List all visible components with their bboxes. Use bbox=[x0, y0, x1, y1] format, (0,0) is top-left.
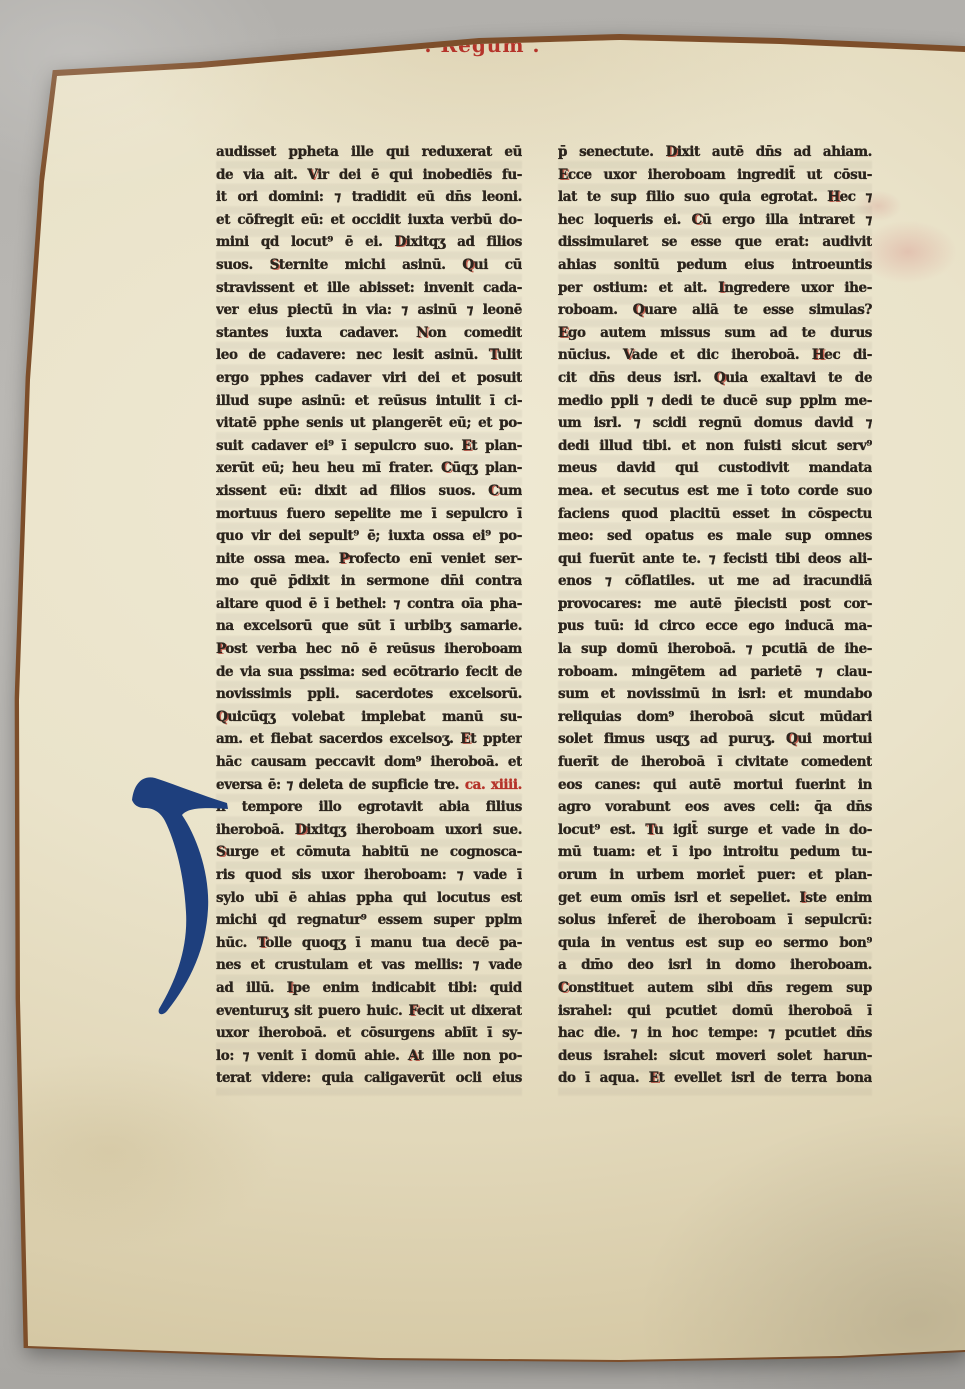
line-segment: quo vir dei sepult⁹ ē; iuxta ossa ei⁹ po… bbox=[216, 528, 522, 544]
text-line: get eum omīs isrl et sepeliet. Iste enim bbox=[558, 887, 872, 910]
text-line: suit cadaver ei⁹ ī sepulcro suo. Et plan… bbox=[216, 435, 522, 458]
text-line: cit dn̄s deus isrl. Quia exaltavi te de bbox=[558, 367, 872, 390]
versal-capital: Q bbox=[714, 370, 725, 386]
line-segment: am. et fiebat sacerdos excelsoʒ. Et ppte… bbox=[216, 731, 522, 747]
text-line: meus david qui custodivit mandata bbox=[558, 457, 872, 480]
line-segment: hec loqueris ei. Cū ergo illa intraret ⁊ bbox=[558, 212, 872, 228]
versal-capital: Q bbox=[633, 302, 644, 318]
line-segment: Constituet autem sibi dn̄s regem sup bbox=[558, 980, 872, 996]
line-segment: qui fuerūt ante te. ⁊ fecisti tibi deos … bbox=[558, 551, 872, 567]
text-line: eversa ē: ⁊ deleta de supficie tre. ca. … bbox=[216, 774, 522, 797]
line-segment: orum in urbem moriet̄ puer: et plan- bbox=[558, 867, 872, 883]
text-line: iheroboā. Dixitqʒ iheroboam uxori sue. bbox=[216, 819, 522, 842]
line-segment: na excelsorū que sūt ī urbibʒ samarie. bbox=[216, 618, 522, 634]
line-segment: altare quod ē ī bethel: ⁊ contra oīa pha… bbox=[216, 596, 522, 612]
versal-capital: I bbox=[287, 980, 293, 996]
line-segment: meus david qui custodivit mandata bbox=[558, 460, 872, 476]
line-segment: Post verba hec nō ē reūsus iheroboam bbox=[216, 641, 522, 657]
versal-capital: V bbox=[307, 167, 317, 183]
line-segment: per ostium: et ait. Ingredere uxor ihe- bbox=[558, 280, 872, 296]
text-line: Quicūqʒ volebat implebat manū su- bbox=[216, 706, 522, 729]
text-line: reliquias dom⁹ iheroboā sicut mūdari bbox=[558, 706, 872, 729]
line-segment: suit cadaver ei⁹ ī sepulcro suo. Et plan… bbox=[216, 438, 522, 454]
text-line: roboam. mingētem ad parietē ⁊ clau- bbox=[558, 661, 872, 684]
text-column-right: p̄ senectute. Dixit autē dn̄s ad ahiam.E… bbox=[558, 141, 872, 1090]
text-line: sylo ubī ē ahias ppha qui locutus est bbox=[216, 887, 522, 910]
text-line: israhel: qui pcutiet domū iheroboā ī bbox=[558, 1000, 872, 1023]
line-segment: n tempore illo egrotavit abia filius bbox=[216, 799, 522, 815]
line-segment: p̄ senectute. Dixit autē dn̄s ad ahiam. bbox=[558, 144, 872, 160]
line-segment: hac die. ⁊ in hoc tempe: ⁊ pcutiet dn̄s bbox=[558, 1025, 872, 1041]
text-line: um isrl. ⁊ scidi regnū domus david ⁊ bbox=[558, 412, 872, 435]
text-line: ver eius piectū in via: ⁊ asinū ⁊ leonē bbox=[216, 299, 522, 322]
line-segment: israhel: qui pcutiet domū iheroboā ī bbox=[558, 1003, 872, 1019]
text-line: nūcius. Vade et dic iheroboā. Hec di- bbox=[558, 344, 872, 367]
line-segment: solus inferet̄ de iheroboam ī sepulcrū: bbox=[558, 912, 872, 928]
text-line: Ego autem missus sum ad te durus bbox=[558, 322, 872, 345]
line-segment: ahias sonitū pedum eius introeuntis bbox=[558, 257, 872, 273]
line-segment: um isrl. ⁊ scidi regnū domus david ⁊ bbox=[558, 415, 872, 431]
line-segment: xissent eū: dixit ad filios suos. Cum bbox=[216, 483, 522, 499]
line-segment: de via sua pssima: sed ecōtrario fecit d… bbox=[216, 664, 522, 680]
versal-capital: S bbox=[270, 257, 279, 273]
line-segment: mū tuam: et ī ipo introitu pedum tu- bbox=[558, 844, 872, 860]
line-segment: suos. Sternite michi asinū. Qui cū bbox=[216, 257, 522, 273]
text-line: mea. et secutus est me ī toto corde suo bbox=[558, 480, 872, 503]
line-segment: lo: ⁊ venit ī domū ahie. At ille non po- bbox=[216, 1048, 522, 1064]
line-segment: roboam. Quare aliā te esse simulas? bbox=[558, 302, 872, 318]
versal-capital: Q bbox=[786, 731, 797, 747]
line-segment: audisset ppheta ille qui reduxerat eū bbox=[216, 144, 522, 160]
text-line: terat videre: quia caligaverūt ocli eius bbox=[216, 1067, 522, 1090]
text-line: a dm̄o deo isrl in domo iheroboam. bbox=[558, 954, 872, 977]
versal-capital: A bbox=[408, 1048, 418, 1064]
versal-capital: D bbox=[295, 822, 306, 838]
line-segment: provocares: me autē p̄iecisti post cor- bbox=[558, 596, 872, 612]
text-line: illud supe asinū: et reūsus intulit ī ci… bbox=[216, 390, 522, 413]
line-segment: enos ⁊ cōflatiles. ut me ad iracundiā bbox=[558, 573, 872, 589]
line-segment: Quicūqʒ volebat implebat manū su- bbox=[216, 709, 522, 725]
line-segment: novissimis ppli. sacerdotes excelsorū. bbox=[216, 686, 522, 702]
versal-capital: E bbox=[461, 438, 471, 454]
versal-capital: V bbox=[623, 347, 632, 363]
line-segment: it ori domini: ⁊ tradidit eū dn̄s leoni. bbox=[216, 189, 522, 205]
text-line: hāc causam peccavit dom⁹ iheroboā. et bbox=[216, 751, 522, 774]
line-segment: ad illū. Ipe enim indicabit tibi: quid bbox=[216, 980, 522, 996]
line-segment: sum et novissimū in isrl: et mundabo bbox=[558, 686, 872, 702]
line-segment: dissimularet se esse que erat: audivit bbox=[558, 234, 872, 250]
text-line: nes et crustulam et vas mellis: ⁊ vade bbox=[216, 954, 522, 977]
line-segment: Ecce uxor iheroboam ingredit̄ ut cōsu- bbox=[558, 167, 872, 183]
text-line: do ī aqua. Et evellet isrl de terra bona bbox=[558, 1067, 872, 1090]
versal-capital: E bbox=[460, 731, 470, 747]
line-segment: et cōfregit eū: et occidit iuxta verbū d… bbox=[216, 212, 522, 228]
text-line: altare quod ē ī bethel: ⁊ contra oīa pha… bbox=[216, 593, 522, 616]
line-segment: de via ait. Vir dei ē qui inobediēs fu- bbox=[216, 167, 522, 183]
line-segment: mini qd locut⁹ ē ei. Dixitqʒ ad filios bbox=[216, 234, 522, 250]
versal-capital: Q bbox=[462, 257, 473, 273]
line-segment: get eum omīs isrl et sepeliet. Iste enim bbox=[558, 890, 872, 906]
text-line: mini qd locut⁹ ē ei. Dixitqʒ ad filios bbox=[216, 231, 522, 254]
text-line: fuerīt de iheroboā ī civitate comedent bbox=[558, 751, 872, 774]
line-segment: deus israhel: sicut moveri solet harun- bbox=[558, 1048, 872, 1064]
line-segment: cit dn̄s deus isrl. Quia exaltavi te de bbox=[558, 370, 872, 386]
line-segment: locut⁹ est. Tu igit̄ surge et vade in do… bbox=[558, 822, 872, 838]
line-segment: nes et crustulam et vas mellis: ⁊ vade bbox=[216, 957, 522, 973]
text-line: solus inferet̄ de iheroboam ī sepulcrū: bbox=[558, 909, 872, 932]
line-segment: leo de cadavere: nec lesit asinū. Tulit bbox=[216, 347, 522, 363]
text-line: meo: sed opatus es male sup omnes bbox=[558, 525, 872, 548]
line-segment: quia in ventus est sup eo sermo bon⁹ bbox=[558, 935, 872, 951]
text-line: enos ⁊ cōflatiles. ut me ad iracundiā bbox=[558, 570, 872, 593]
versal-capital: T bbox=[257, 935, 265, 951]
versal-capital: Q bbox=[216, 709, 227, 725]
text-line: quia in ventus est sup eo sermo bon⁹ bbox=[558, 932, 872, 955]
text-line: de via sua pssima: sed ecōtrario fecit d… bbox=[216, 661, 522, 684]
versal-capital: T bbox=[489, 347, 497, 363]
versal-capital: E bbox=[558, 325, 568, 341]
text-line: mo quē p̄dixit in sermone dn̄i contra bbox=[216, 570, 522, 593]
line-segment: solet fimus usqʒ ad puruʒ. Qui mortui bbox=[558, 731, 872, 747]
line-segment: meo: sed opatus es male sup omnes bbox=[558, 528, 872, 544]
text-line: orum in urbem moriet̄ puer: et plan- bbox=[558, 864, 872, 887]
text-line: la sup domū iheroboā. ⁊ pcutiā de ihe- bbox=[558, 638, 872, 661]
line-segment: ris quod sis uxor iheroboam: ⁊ vade ī bbox=[216, 867, 522, 883]
illuminated-initial-I bbox=[127, 769, 234, 1017]
line-segment: la sup domū iheroboā. ⁊ pcutiā de ihe- bbox=[558, 641, 872, 657]
text-line: provocares: me autē p̄iecisti post cor- bbox=[558, 593, 872, 616]
text-line: quo vir dei sepult⁹ ē; iuxta ossa ei⁹ po… bbox=[216, 525, 522, 548]
versal-capital: N bbox=[416, 325, 428, 341]
chapter-rubric: ca. xiiii. bbox=[465, 777, 522, 793]
text-line: suos. Sternite michi asinū. Qui cū bbox=[216, 254, 522, 277]
line-segment: eos canes: qui autē mortui fuerint in bbox=[558, 777, 872, 793]
line-segment: Surge et cōmuta habitū ne cognosca- bbox=[216, 844, 522, 860]
line-segment: stravissent et ille abisset: invenit cad… bbox=[216, 280, 522, 296]
versal-capital: P bbox=[216, 641, 225, 657]
text-line: dedi illud tibi. et non fuisti sicut ser… bbox=[558, 435, 872, 458]
line-segment: pus tuū: id circo ecce ego inducā ma- bbox=[558, 618, 872, 634]
text-line: de via ait. Vir dei ē qui inobediēs fu- bbox=[216, 164, 522, 187]
text-line: per ostium: et ait. Ingredere uxor ihe- bbox=[558, 277, 872, 300]
photo-backdrop: . Regum . audisset ppheta ille qui redux… bbox=[0, 0, 965, 1389]
text-line: hūc. Tolle quoqʒ ī manu tua decē pa- bbox=[216, 932, 522, 955]
text-line: xerūt eū; heu heu mī frater. Cūqʒ plan- bbox=[216, 457, 522, 480]
line-segment: nūcius. Vade et dic iheroboā. Hec di- bbox=[558, 347, 872, 363]
text-line: agro vorabunt eos aves celi: q̄a dn̄s bbox=[558, 796, 872, 819]
text-line: am. et fiebat sacerdos excelsoʒ. Et ppte… bbox=[216, 728, 522, 751]
line-segment: terat videre: quia caligaverūt ocli eius bbox=[216, 1070, 522, 1086]
text-line: deus israhel: sicut moveri solet harun- bbox=[558, 1045, 872, 1068]
line-segment: Ego autem missus sum ad te durus bbox=[558, 325, 872, 341]
line-segment: uxor iheroboā. et cōsurgens abiīt ī sy- bbox=[216, 1025, 522, 1041]
line-segment: illud supe asinū: et reūsus intulit ī ci… bbox=[216, 393, 522, 409]
line-segment: agro vorabunt eos aves celi: q̄a dn̄s bbox=[558, 799, 872, 815]
text-line: novissimis ppli. sacerdotes excelsorū. bbox=[216, 683, 522, 706]
line-segment: fuerīt de iheroboā ī civitate comedent bbox=[558, 754, 872, 770]
line-segment: a dm̄o deo isrl in domo iheroboam. bbox=[558, 957, 872, 973]
versal-capital: C bbox=[488, 483, 498, 499]
text-line: audisset ppheta ille qui reduxerat eū bbox=[216, 141, 522, 164]
text-line: stantes iuxta cadaver. Non comedit bbox=[216, 322, 522, 345]
versal-capital: I bbox=[718, 280, 724, 296]
text-line: mū tuam: et ī ipo introitu pedum tu- bbox=[558, 841, 872, 864]
line-segment: hāc causam peccavit dom⁹ iheroboā. et bbox=[216, 754, 522, 770]
versal-capital: I bbox=[799, 890, 805, 906]
versal-capital: C bbox=[692, 212, 702, 228]
versal-capital: E bbox=[649, 1070, 659, 1086]
text-line: lat te sup filio suo quia egrotat. Hec ⁊ bbox=[558, 186, 872, 209]
line-segment: xerūt eū; heu heu mī frater. Cūqʒ plan- bbox=[216, 460, 522, 476]
line-segment: roboam. mingētem ad parietē ⁊ clau- bbox=[558, 664, 872, 680]
text-line: ergo pphes cadaver viri dei et posuit bbox=[216, 367, 522, 390]
text-line: ad illū. Ipe enim indicabit tibi: quid bbox=[216, 977, 522, 1000]
text-line: ris quod sis uxor iheroboam: ⁊ vade ī bbox=[216, 864, 522, 887]
line-segment: reliquias dom⁹ iheroboā sicut mūdari bbox=[558, 709, 872, 725]
versal-capital: C bbox=[441, 460, 451, 476]
line-segment: michi qd regnatur⁹ essem super pplm bbox=[216, 912, 522, 928]
text-column-left: audisset ppheta ille qui reduxerat eūde … bbox=[216, 141, 522, 1090]
line-segment: do ī aqua. Et evellet isrl de terra bona bbox=[558, 1070, 872, 1086]
text-line: et cōfregit eū: et occidit iuxta verbū d… bbox=[216, 209, 522, 232]
text-line: sum et novissimū in isrl: et mundabo bbox=[558, 683, 872, 706]
text-line: leo de cadavere: nec lesit asinū. Tulit bbox=[216, 344, 522, 367]
versal-capital: E bbox=[558, 167, 568, 183]
text-line: Post verba hec nō ē reūsus iheroboam bbox=[216, 638, 522, 661]
line-segment: iheroboā. Dixitqʒ iheroboam uxori sue. bbox=[216, 822, 522, 838]
text-line: na excelsorū que sūt ī urbibʒ samarie. bbox=[216, 615, 522, 638]
line-segment: ergo pphes cadaver viri dei et posuit bbox=[216, 370, 522, 386]
text-line: stravissent et ille abisset: invenit cad… bbox=[216, 277, 522, 300]
text-line: qui fuerūt ante te. ⁊ fecisti tibi deos … bbox=[558, 548, 872, 571]
line-segment: dedi illud tibi. et non fuisti sicut ser… bbox=[558, 438, 872, 454]
line-segment: medio ppli ⁊ dedi te ducē sup pplm me- bbox=[558, 393, 872, 409]
text-line: michi qd regnatur⁹ essem super pplm bbox=[216, 909, 522, 932]
manuscript-leaf: . Regum . audisset ppheta ille qui redux… bbox=[0, 0, 965, 1389]
line-segment: mea. et secutus est me ī toto corde suo bbox=[558, 483, 872, 499]
versal-capital: H bbox=[812, 347, 824, 363]
text-line: uxor iheroboā. et cōsurgens abiīt ī sy- bbox=[216, 1022, 522, 1045]
text-line: vitatē pphe senis ut plangerēt eū; et po… bbox=[216, 412, 522, 435]
text-line: Surge et cōmuta habitū ne cognosca- bbox=[216, 841, 522, 864]
text-line: roboam. Quare aliā te esse simulas? bbox=[558, 299, 872, 322]
text-line: it ori domini: ⁊ tradidit eū dn̄s leoni. bbox=[216, 186, 522, 209]
text-line: solet fimus usqʒ ad puruʒ. Qui mortui bbox=[558, 728, 872, 751]
text-line: hec loqueris ei. Cū ergo illa intraret ⁊ bbox=[558, 209, 872, 232]
versal-capital: C bbox=[558, 980, 568, 996]
line-segment: mortuus fuero sepelite me ī sepulcro ī bbox=[216, 506, 522, 522]
text-line: pus tuū: id circo ecce ego inducā ma- bbox=[558, 615, 872, 638]
text-line: locut⁹ est. Tu igit̄ surge et vade in do… bbox=[558, 819, 872, 842]
line-segment: hūc. Tolle quoqʒ ī manu tua decē pa- bbox=[216, 935, 522, 951]
line-segment: lat te sup filio suo quia egrotat. Hec ⁊ bbox=[558, 189, 872, 205]
text-line: eventuruʒ sit puero huic. Fecit ut dixer… bbox=[216, 1000, 522, 1023]
line-segment: eventuruʒ sit puero huic. Fecit ut dixer… bbox=[216, 1003, 522, 1019]
text-line: dissimularet se esse que erat: audivit bbox=[558, 231, 872, 254]
line-segment: ver eius piectū in via: ⁊ asinū ⁊ leonē bbox=[216, 302, 522, 318]
versal-capital: F bbox=[409, 1003, 417, 1019]
line-segment: vitatē pphe senis ut plangerēt eū; et po… bbox=[216, 415, 522, 431]
line-segment: stantes iuxta cadaver. Non comedit bbox=[216, 325, 522, 341]
text-line: nite ossa mea. Profecto enī veniet ser- bbox=[216, 548, 522, 571]
versal-capital: D bbox=[394, 234, 405, 250]
text-line: Constituet autem sibi dn̄s regem sup bbox=[558, 977, 872, 1000]
versal-capital: P bbox=[339, 551, 349, 567]
versal-capital: H bbox=[827, 189, 839, 205]
text-line: lo: ⁊ venit ī domū ahie. At ille non po- bbox=[216, 1045, 522, 1068]
text-line: p̄ senectute. Dixit autē dn̄s ad ahiam. bbox=[558, 141, 872, 164]
text-line: n tempore illo egrotavit abia filius bbox=[216, 796, 522, 819]
text-line: faciens quod placitū esset in cōspectu bbox=[558, 503, 872, 526]
versal-capital: T bbox=[645, 822, 653, 838]
text-line: Ecce uxor iheroboam ingredit̄ ut cōsu- bbox=[558, 164, 872, 187]
text-line: medio ppli ⁊ dedi te ducē sup pplm me- bbox=[558, 390, 872, 413]
line-segment: eversa ē: ⁊ deleta de supficie tre. bbox=[216, 777, 465, 793]
text-line: hac die. ⁊ in hoc tempe: ⁊ pcutiet dn̄s bbox=[558, 1022, 872, 1045]
line-segment: mo quē p̄dixit in sermone dn̄i contra bbox=[216, 573, 522, 589]
text-line: eos canes: qui autē mortui fuerint in bbox=[558, 774, 872, 797]
text-line: xissent eū: dixit ad filios suos. Cum bbox=[216, 480, 522, 503]
line-segment: faciens quod placitū esset in cōspectu bbox=[558, 506, 872, 522]
versal-capital: D bbox=[666, 144, 677, 160]
line-segment: nite ossa mea. Profecto enī veniet ser- bbox=[216, 551, 522, 567]
text-line: ahias sonitū pedum eius introeuntis bbox=[558, 254, 872, 277]
line-segment: sylo ubī ē ahias ppha qui locutus est bbox=[216, 890, 522, 906]
text-line: mortuus fuero sepelite me ī sepulcro ī bbox=[216, 503, 522, 526]
